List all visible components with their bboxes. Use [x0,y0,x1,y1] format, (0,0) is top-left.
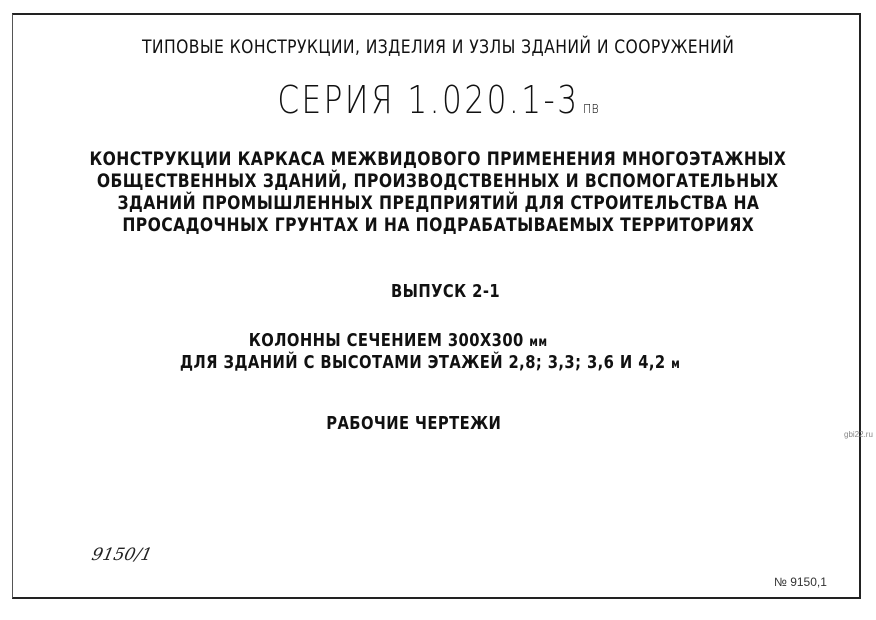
description-line-4: ПРОСАДОЧНЫХ ГРУНТАХ И НА ПОДРАБАТЫВАЕМЫХ… [0,214,876,236]
series-label: СЕРИЯ 1.020.1-3 [277,78,579,122]
issue-text: ВЫПУСК 2-1 [391,281,500,302]
header-title: ТИПОВЫЕ КОНСТРУКЦИИ, ИЗДЕЛИЯ И УЗЛЫ ЗДАН… [0,36,876,58]
columns-line-2: ДЛЯ ЗДАНИЙ С ВЫСОТАМИ ЭТАЖЕЙ 2,8; 3,3; 3… [0,352,868,373]
handwritten-number: 9150/1 [90,545,154,565]
heights-unit: м [671,357,680,372]
description-line-3: ЗДАНИЙ ПРОМЫШЛЕННЫХ ПРЕДПРИЯТИЙ ДЛЯ СТРО… [0,192,876,214]
series-title: СЕРИЯ 1.020.1-3пв [0,78,876,122]
description-line-1: КОНСТРУКЦИИ КАРКАСА МЕЖВИДОВОГО ПРИМЕНЕН… [0,148,876,170]
description-line-2: ОБЩЕСТВЕННЫХ ЗДАНИЙ, ПРОИЗВОДСТВЕННЫХ И … [0,170,876,192]
working-drawings-text: РАБОЧИЕ ЧЕРТЕЖИ [326,413,501,434]
description-text: КОНСТРУКЦИИ КАРКАСА МЕЖВИДОВОГО ПРИМЕНЕН… [90,148,787,170]
columns-unit: мм [529,335,547,350]
watermark: gbi22.ru [844,430,873,439]
stamp-number: № 9150,1 [774,575,827,589]
description-text: ПРОСАДОЧНЫХ ГРУНТАХ И НА ПОДРАБАТЫВАЕМЫХ… [122,214,754,236]
description-text: ЗДАНИЙ ПРОМЫШЛЕННЫХ ПРЕДПРИЯТИЙ ДЛЯ СТРО… [117,192,759,214]
description-text: ОБЩЕСТВЕННЫХ ЗДАНИЙ, ПРОИЗВОДСТВЕННЫХ И … [97,170,779,192]
columns-text: КОЛОННЫ СЕЧЕНИЕМ 300Х300 [249,330,524,351]
working-drawings-label: РАБОЧИЕ ЧЕРТЕЖИ [0,413,852,434]
header-text: ТИПОВЫЕ КОНСТРУКЦИИ, ИЗДЕЛИЯ И УЗЛЫ ЗДАН… [142,36,734,58]
issue-label: ВЫПУСК 2-1 [8,281,876,302]
heights-text: ДЛЯ ЗДАНИЙ С ВЫСОТАМИ ЭТАЖЕЙ 2,8; 3,3; 3… [180,352,666,373]
columns-line-1: КОЛОННЫ СЕЧЕНИЕМ 300Х300 мм [0,330,836,351]
series-suffix: пв [583,98,599,117]
